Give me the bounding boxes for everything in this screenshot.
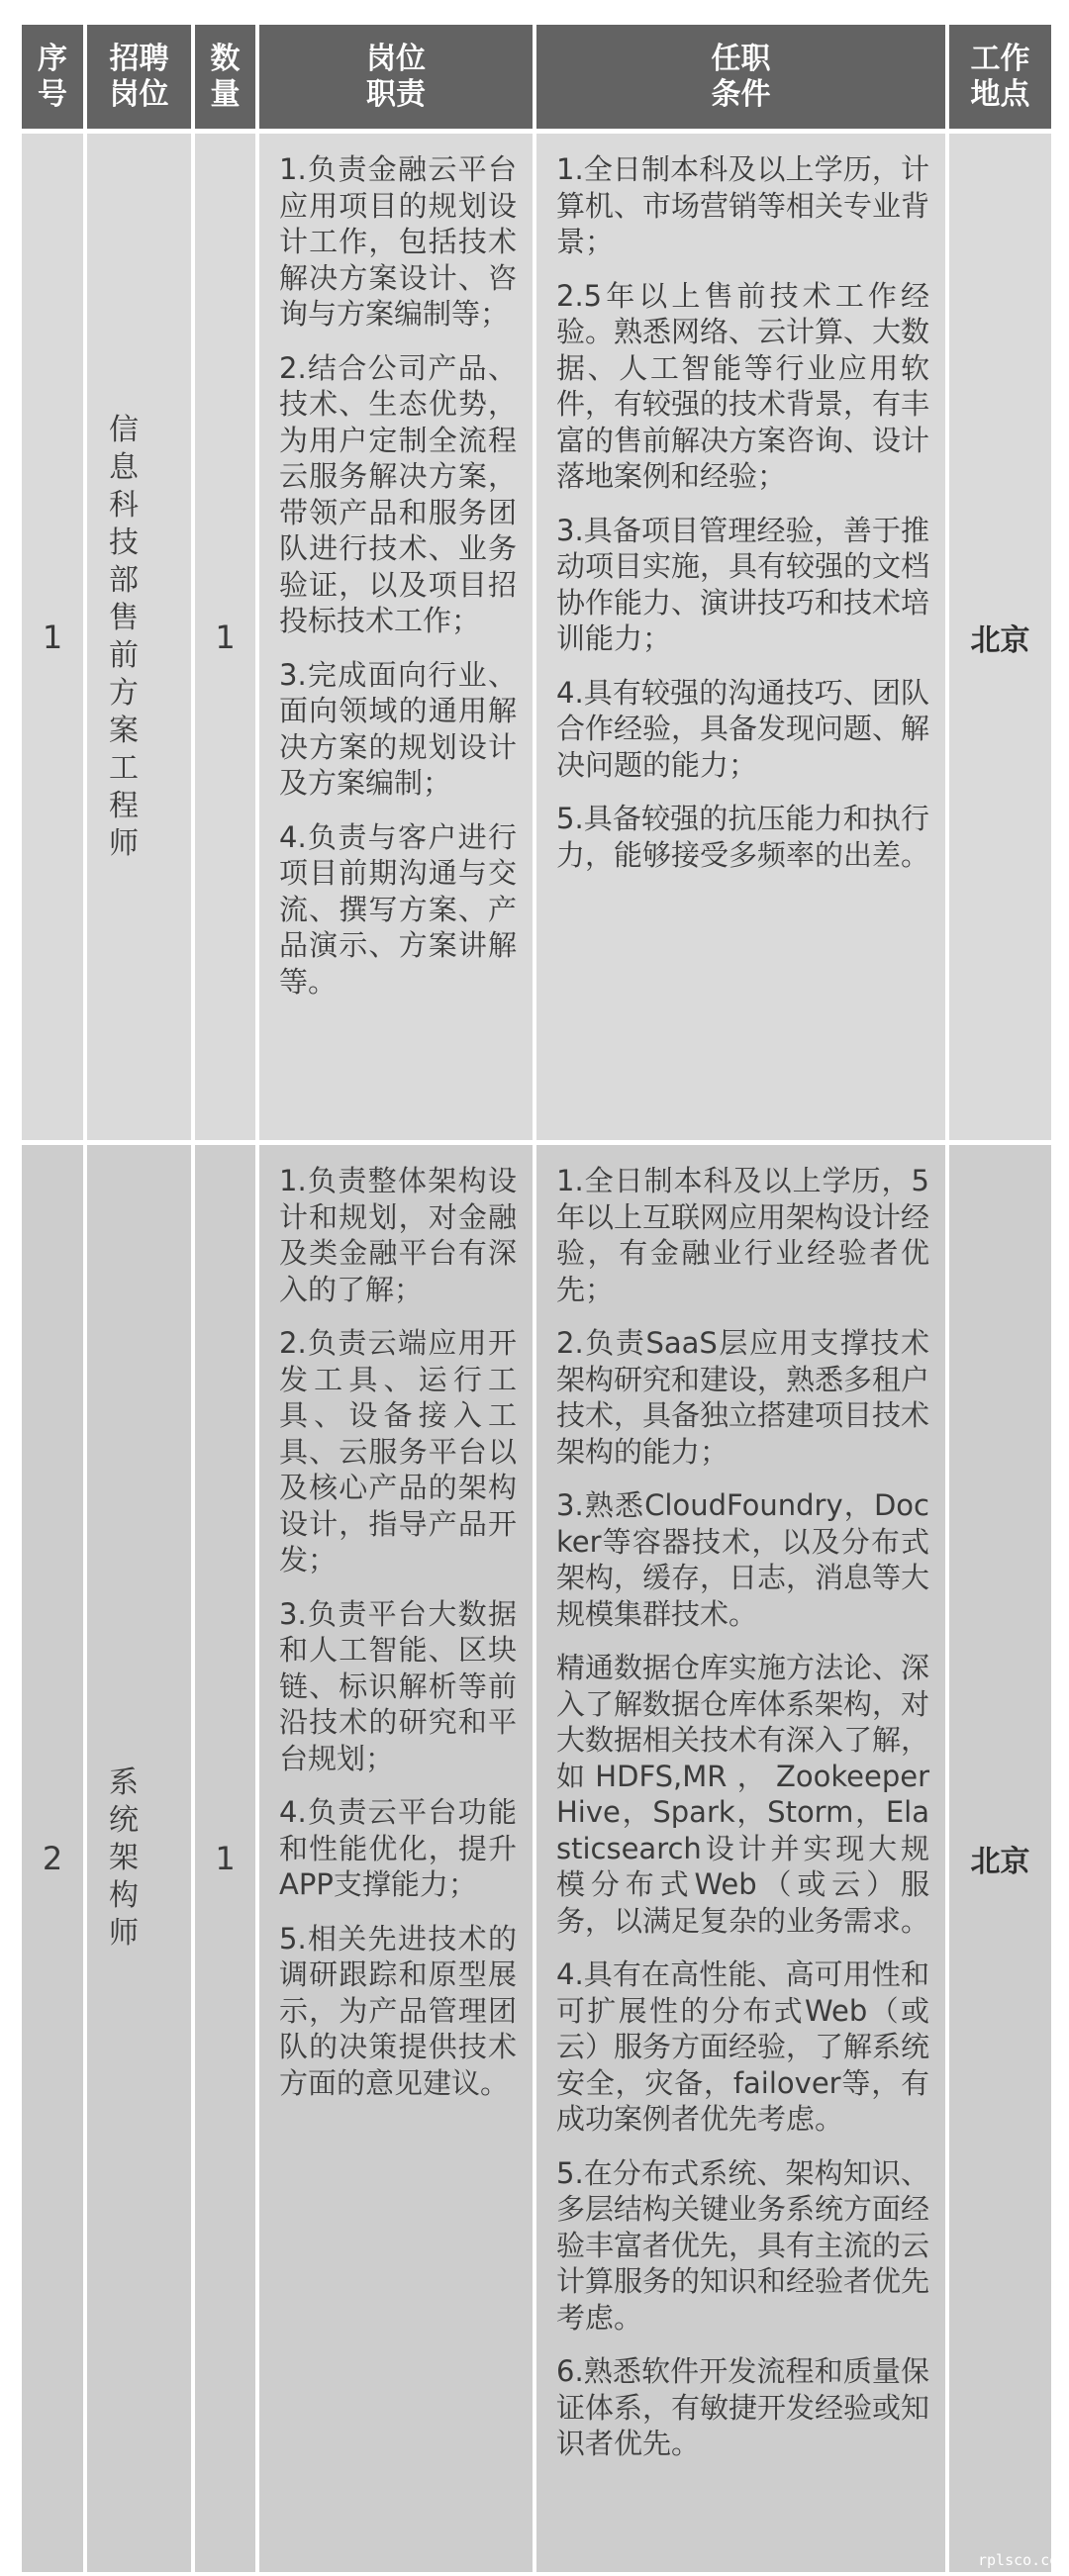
recruitment-table: 序 号 招聘 岗位 数 量 岗位 职责 任职 条件 工作 地点 1 信息科技部售… <box>22 25 1049 2572</box>
row-2-requirements: 1.全日制本科及以上学历，5年以上互联网应用架构设计经验，有金融业行业经验者优先… <box>536 1145 945 2572</box>
duty-item: 2.结合公司产品、技术、生态优势，为用户定制全流程云服务解决方案，带领产品和服务… <box>279 350 517 639</box>
requirement-item: 4.具有在高性能、高可用性和可扩展性的分布式Web（或云）服务方面经验，了解系统… <box>556 1956 929 2138</box>
requirement-item: 3.熟悉CloudFoundry，Docker等容器技术，以及分布式架构，缓存，… <box>556 1487 929 1632</box>
header-duties: 岗位 职责 <box>259 25 533 129</box>
watermark: rplsco.com <box>978 2551 1069 2569</box>
row-1-index: 1 <box>22 134 83 1140</box>
header-index: 序 号 <box>22 25 83 129</box>
header-requirements: 任职 条件 <box>536 25 945 129</box>
row-1-position: 信息科技部售前方案工程师 <box>87 134 191 1140</box>
requirement-item: 3.具备项目管理经验，善于推动项目实施，具有较强的文档协作能力、演讲技巧和技术培… <box>556 513 929 657</box>
row-1-location: 北京 <box>949 134 1051 1140</box>
duty-item: 4.负责与客户进行项目前期沟通与交流、撰写方案、产品演示、方案讲解等。 <box>279 819 517 1001</box>
requirement-item: 6.熟悉软件开发流程和质量保证体系，有敏捷开发经验或知识者优先。 <box>556 2353 929 2462</box>
requirement-item: 5.具备较强的抗压能力和执行力，能够接受多频率的出差。 <box>556 801 929 873</box>
duty-item: 5.相关先进技术的调研跟踪和原型展示，为产品管理团队的决策提供技术方面的意见建议… <box>279 1921 517 2102</box>
row-2-position-text: 系统架构师 <box>109 1765 177 1953</box>
requirement-item: 4.具有较强的沟通技巧、团队合作经验，具备发现问题、解决问题的能力； <box>556 675 929 784</box>
duty-item: 3.负责平台大数据和人工智能、区块链、标识解析等前沿技术的研究和平台规划； <box>279 1596 517 1777</box>
duty-item: 1.负责整体架构设计和规划，对金融及类金融平台有深入的了解； <box>279 1163 517 1307</box>
row-1-position-text: 信息科技部售前方案工程师 <box>109 412 177 863</box>
row-1-duties: 1.负责金融云平台应用项目的规划设计工作，包括技术解决方案设计、咨询与方案编制等… <box>259 134 533 1140</box>
requirement-item: 1.全日制本科及以上学历，计算机、市场营销等相关专业背景； <box>556 151 929 260</box>
requirement-item: 2.负责SaaS层应用支撑技术架构研究和建设，熟悉多租户技术，具备独立搭建项目技… <box>556 1325 929 1470</box>
requirement-item: 精通数据仓库实施方法论、深入了解数据仓库体系架构，对大数据相关技术有深入了解，如… <box>556 1650 929 1939</box>
header-count: 数 量 <box>195 25 255 129</box>
row-1-count: 1 <box>195 134 255 1140</box>
header-location: 工作 地点 <box>949 25 1051 129</box>
row-1-requirements: 1.全日制本科及以上学历，计算机、市场营销等相关专业背景； 2.5年以上售前技术… <box>536 134 945 1140</box>
duty-item: 3.完成面向行业、面向领域的通用解决方案的规划设计及方案编制； <box>279 657 517 802</box>
row-2-index: 2 <box>22 1145 83 2572</box>
duty-item: 1.负责金融云平台应用项目的规划设计工作，包括技术解决方案设计、咨询与方案编制等… <box>279 151 517 333</box>
row-2-position: 系统架构师 <box>87 1145 191 2572</box>
header-position: 招聘 岗位 <box>87 25 191 129</box>
row-2-count: 1 <box>195 1145 255 2572</box>
requirement-item: 5.在分布式系统、架构知识、多层结构关键业务系统方面经验丰富者优先，具有主流的云… <box>556 2155 929 2337</box>
duty-item: 2.负责云端应用开发工具、运行工具、设备接入工具、云服务平台以及核心产品的架构设… <box>279 1325 517 1578</box>
row-2-duties: 1.负责整体架构设计和规划，对金融及类金融平台有深入的了解； 2.负责云端应用开… <box>259 1145 533 2572</box>
duty-item: 4.负责云平台功能和性能优化，提升APP支撑能力； <box>279 1794 517 1903</box>
row-2-location: 北京 <box>949 1145 1051 2572</box>
requirement-item: 2.5年以上售前技术工作经验。熟悉网络、云计算、大数据、人工智能等行业应用软件，… <box>556 278 929 495</box>
requirement-item: 1.全日制本科及以上学历，5年以上互联网应用架构设计经验，有金融业行业经验者优先… <box>556 1163 929 1307</box>
